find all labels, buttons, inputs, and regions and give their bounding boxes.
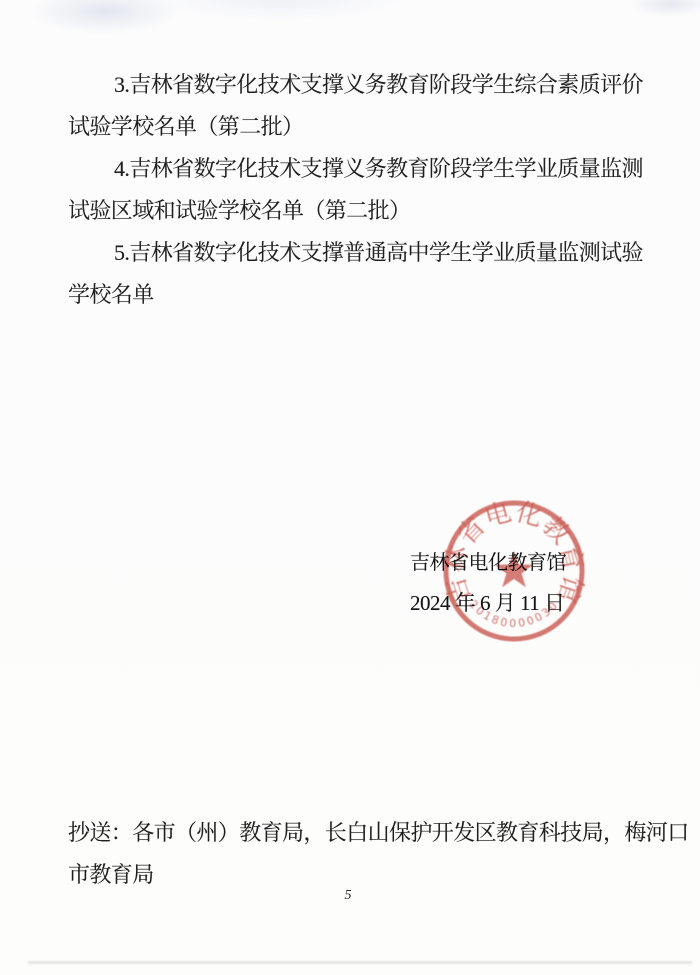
signature-date: 2024 年 6 月 11 日 [410, 583, 566, 623]
body-text: 3.吉林省数字化技术支撑义务教育阶段学生综合素质评价 试验学校名单（第二批） 4… [68, 64, 630, 316]
signature-block: 吉林省电化教育馆 2024 年 6 月 11 日 [410, 543, 566, 623]
list-item-3-line-2: 试验学校名单（第二批） [68, 106, 630, 148]
list-item-5-line-1: 5.吉林省数字化技术支撑普通高中学生学业质量监测试验 [68, 232, 630, 274]
list-item-4-line-2: 试验区域和试验学校名单（第二批） [68, 190, 630, 232]
scan-artifact-line [28, 961, 692, 964]
list-item-5-line-2: 学校名单 [68, 274, 630, 316]
scan-smudge-top-right [630, 0, 700, 16]
document-page: 3.吉林省数字化技术支撑义务教育阶段学生综合素质评价 试验学校名单（第二批） 4… [0, 0, 700, 975]
page-number: 5 [336, 888, 360, 904]
signature-organization: 吉林省电化教育馆 [410, 543, 566, 583]
list-item-4-line-1: 4.吉林省数字化技术支撑义务教育阶段学生学业质量监测 [68, 148, 630, 190]
list-item-3-line-1: 3.吉林省数字化技术支撑义务教育阶段学生综合素质评价 [68, 64, 630, 106]
footer-cc-block: 抄送：各市（州）教育局，长白山保护开发区教育科技局，梅河口 市教育局 [68, 812, 648, 896]
scan-smudge-top-center [150, 0, 410, 20]
cc-line-1: 抄送：各市（州）教育局，长白山保护开发区教育科技局，梅河口 [68, 812, 648, 854]
